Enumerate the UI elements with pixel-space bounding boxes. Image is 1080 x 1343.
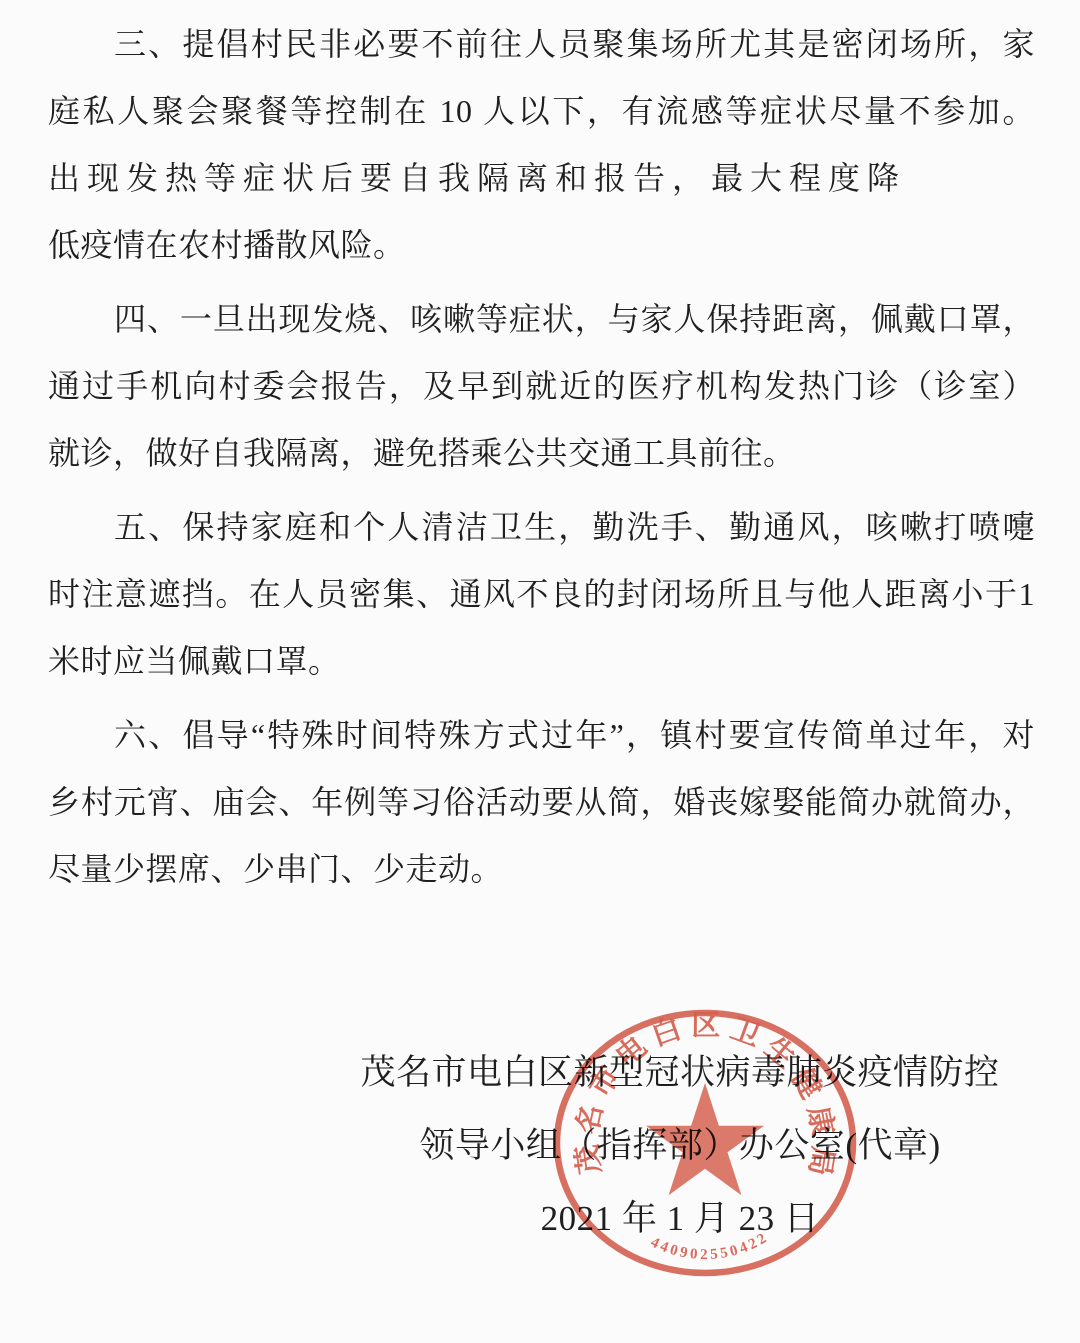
- paragraph-item-3: 三、提倡村民非必要不前往人员聚集场所尤其是密闭场所，家 庭私人聚会聚餐等控制在 …: [48, 11, 1035, 279]
- text-line: 四、一旦出现发烧、咳嗽等症状，与家人保持距离，佩戴口罩，: [48, 286, 1035, 353]
- paragraph-item-4: 四、一旦出现发烧、咳嗽等症状，与家人保持距离，佩戴口罩， 通过手机向村委会报告，…: [48, 286, 1035, 487]
- document-text: 三、提倡村民非必要不前往人员聚集场所尤其是密闭场所，家 庭私人聚会聚餐等控制在 …: [0, 0, 1080, 903]
- text-line: 乡村元宵、庙会、年例等习俗活动要从简，婚丧嫁娶能简办就简办，: [48, 769, 1035, 836]
- signature-date: 2021 年 1 月 23 日: [352, 1182, 1008, 1255]
- paragraph-item-5: 五、保持家庭和个人清洁卫生，勤洗手、勤通风，咳嗽打喷嚏 时注意遮挡。在人员密集、…: [48, 494, 1035, 695]
- text-line: 三、提倡村民非必要不前往人员聚集场所尤其是密闭场所，家: [48, 11, 1035, 78]
- text-line: 低疫情在农村播散风险。: [48, 212, 1035, 279]
- page: { "colors": { "background": "#fbfbfb", "…: [0, 0, 1080, 1343]
- text-line: 就诊，做好自我隔离，避免搭乘公共交通工具前往。: [48, 420, 1035, 487]
- signature-block: 茂名市电白区新型冠状病毒肺炎疫情防控 领导小组（指挥部）办公室(代章) 2021…: [352, 1036, 1008, 1255]
- text-line: 尽量少摆席、少串门、少走动。: [48, 836, 1035, 903]
- paragraph-item-6: 六、倡导“特殊时间特殊方式过年”，镇村要宣传简单过年，对 乡村元宵、庙会、年例等…: [48, 702, 1035, 903]
- text-line: 时注意遮挡。在人员密集、通风不良的封闭场所且与他人距离小于1: [48, 561, 1035, 628]
- text-line: 通过手机向村委会报告，及早到就近的医疗机构发热门诊（诊室）: [48, 353, 1035, 420]
- text-line: 庭私人聚会聚餐等控制在 10 人以下，有流感等症状尽量不参加。: [48, 78, 1035, 145]
- signature-org-line-1: 茂名市电白区新型冠状病毒肺炎疫情防控: [352, 1036, 1008, 1109]
- signature-org-line-2: 领导小组（指挥部）办公室(代章): [352, 1109, 1008, 1182]
- text-line: 五、保持家庭和个人清洁卫生，勤洗手、勤通风，咳嗽打喷嚏: [48, 494, 1035, 561]
- text-line: 米时应当佩戴口罩。: [48, 628, 1035, 695]
- text-line: 出现发热等症状后要自我隔离和报告，最大程度降: [48, 145, 1035, 212]
- text-line: 六、倡导“特殊时间特殊方式过年”，镇村要宣传简单过年，对: [48, 702, 1035, 769]
